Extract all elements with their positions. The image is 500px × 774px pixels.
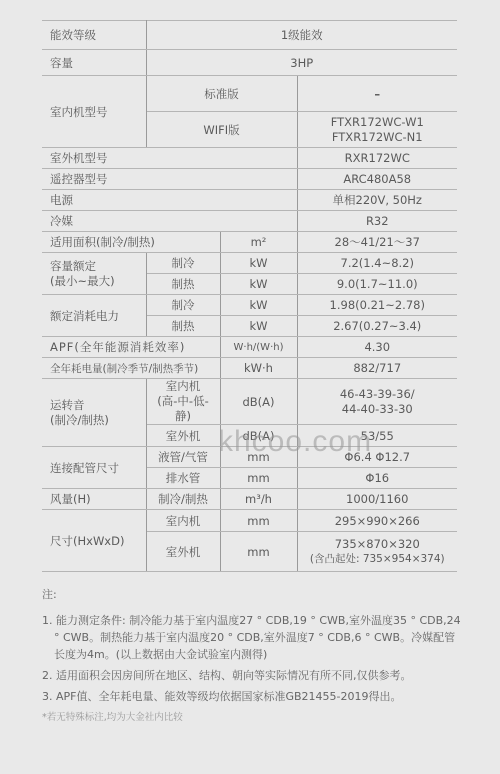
row-annual-power: 全年耗电量(制冷季节/制热季节) kW·h 882/717	[42, 358, 457, 379]
sub-label: 排水管	[146, 468, 220, 489]
value: 4.30	[297, 337, 457, 358]
value: 28～41/21～37	[297, 232, 457, 253]
row-rated-capacity-cooling: 容量额定(最小~最大) 制冷 kW 7.2(1.4~8.2)	[42, 253, 457, 274]
value-line: 46-43-39-36/	[302, 387, 454, 402]
label: APF(全年能源消耗效率)	[42, 337, 220, 358]
row-outdoor-model: 室外机型号 RXR172WC	[42, 148, 457, 169]
value: 9.0(1.7~11.0)	[297, 274, 457, 295]
row-refrigerant: 冷媒 R32	[42, 211, 457, 232]
label: 室内机型号	[42, 76, 146, 148]
row-dimensions-indoor: 尺寸(HxWxD) 室内机 mm 295×990×266	[42, 510, 457, 532]
value: –	[297, 76, 457, 112]
unit: kW	[220, 316, 297, 337]
row-area: 适用面积(制冷/制热) m² 28～41/21～37	[42, 232, 457, 253]
row-apf: APF(全年能源消耗效率) W·h/(W·h) 4.30	[42, 337, 457, 358]
value: 单相220V, 50Hz	[297, 190, 457, 211]
notes: 注: 1. 能力测定条件: 制冷能力基于室内温度27 ° CDB,19 ° CW…	[42, 586, 462, 723]
row-indoor-model-standard: 室内机型号 标准版 –	[42, 76, 457, 112]
value-line: FTXR172WC-W1	[302, 115, 454, 130]
sub-label: 液管/气管	[146, 447, 220, 468]
label: 冷媒	[42, 211, 297, 232]
unit: W·h/(W·h)	[220, 337, 297, 358]
sub-label: 室内机	[146, 510, 220, 532]
value: ARC480A58	[297, 169, 457, 190]
value-line: (含凸起处: 735×954×374)	[302, 552, 454, 567]
unit: kW	[220, 295, 297, 316]
label-line: 运转音	[50, 398, 142, 413]
sub-label: WIFI版	[146, 112, 297, 148]
sub-label: 制热	[146, 316, 220, 337]
value: 1.98(0.21~2.78)	[297, 295, 457, 316]
value: 295×990×266	[297, 510, 457, 532]
label: 容量	[42, 50, 146, 76]
row-energy-grade: 能效等级 1级能效	[42, 21, 457, 50]
label-line: 室内机	[151, 379, 216, 394]
note-item: 2. 适用面积会因房间所在地区、结构、朝向等实际情况有所不同,仅供参考。	[42, 667, 462, 684]
value-line: 735×870×320	[302, 537, 454, 552]
label: 风量(H)	[42, 489, 146, 510]
note-item: 3. APF值、全年耗电量、能效等级均依据国家标准GB21455-2019得出。	[42, 688, 462, 705]
sub-label: 室外机	[146, 532, 220, 572]
label: 全年耗电量(制冷季节/制热季节)	[42, 358, 220, 379]
label: 运转音(制冷/制热)	[42, 379, 146, 447]
sub-label: 室内机(高-中-低-静)	[146, 379, 220, 425]
label: 适用面积(制冷/制热)	[42, 232, 220, 253]
row-capacity: 容量 3HP	[42, 50, 457, 76]
unit: kW·h	[220, 358, 297, 379]
spec-table: 能效等级 1级能效 容量 3HP 室内机型号 标准版 – WIFI版 FTXR1…	[42, 20, 457, 572]
value: R32	[297, 211, 457, 232]
sub-label: 制热	[146, 274, 220, 295]
row-noise-indoor: 运转音(制冷/制热) 室内机(高-中-低-静) dB(A) 46-43-39-3…	[42, 379, 457, 425]
value: 3HP	[146, 50, 457, 76]
value: 1级能效	[146, 21, 457, 50]
unit: mm	[220, 532, 297, 572]
value-line: 44-40-33-30	[302, 402, 454, 417]
label: 遥控器型号	[42, 169, 297, 190]
sub-label: 制冷	[146, 253, 220, 274]
unit: kW	[220, 274, 297, 295]
label-line: (高-中-低-静)	[151, 394, 216, 424]
unit: kW	[220, 253, 297, 274]
value: Φ16	[297, 468, 457, 489]
label: 电源	[42, 190, 297, 211]
label-line: (制冷/制热)	[50, 413, 142, 428]
unit: mm	[220, 468, 297, 489]
sub-label: 室外机	[146, 425, 220, 447]
value: 2.67(0.27~3.4)	[297, 316, 457, 337]
label: 连接配管尺寸	[42, 447, 146, 489]
label: 容量额定(最小~最大)	[42, 253, 146, 295]
row-rated-power-cooling: 额定消耗电力 制冷 kW 1.98(0.21~2.78)	[42, 295, 457, 316]
unit: dB(A)	[220, 425, 297, 447]
value: 7.2(1.4~8.2)	[297, 253, 457, 274]
row-power: 电源 单相220V, 50Hz	[42, 190, 457, 211]
row-piping-liquid-gas: 连接配管尺寸 液管/气管 mm Φ6.4 Φ12.7	[42, 447, 457, 468]
unit: m²	[220, 232, 297, 253]
note-item: 1. 能力测定条件: 制冷能力基于室内温度27 ° CDB,19 ° CWB,室…	[42, 612, 462, 663]
row-remote-model: 遥控器型号 ARC480A58	[42, 169, 457, 190]
unit: mm	[220, 510, 297, 532]
value: 53/55	[297, 425, 457, 447]
value: FTXR172WC-W1FTXR172WC-N1	[297, 112, 457, 148]
label: 尺寸(HxWxD)	[42, 510, 146, 572]
value: Φ6.4 Φ12.7	[297, 447, 457, 468]
sub-label: 标准版	[146, 76, 297, 112]
value: RXR172WC	[297, 148, 457, 169]
footnote: *若无特殊标注,均为大金社内比较	[42, 709, 462, 723]
label: 额定消耗电力	[42, 295, 146, 337]
label: 室外机型号	[42, 148, 297, 169]
value-line: FTXR172WC-N1	[302, 130, 454, 145]
value: 1000/1160	[297, 489, 457, 510]
value: 46-43-39-36/44-40-33-30	[297, 379, 457, 425]
value: 882/717	[297, 358, 457, 379]
row-airflow: 风量(H) 制冷/制热 m³/h 1000/1160	[42, 489, 457, 510]
unit: m³/h	[220, 489, 297, 510]
unit: mm	[220, 447, 297, 468]
sub-label: 制冷/制热	[146, 489, 220, 510]
label-line: 容量额定	[50, 259, 142, 274]
label-line: (最小~最大)	[50, 274, 142, 289]
sub-label: 制冷	[146, 295, 220, 316]
label: 能效等级	[42, 21, 146, 50]
unit: dB(A)	[220, 379, 297, 425]
notes-header: 注:	[42, 586, 462, 602]
value: 735×870×320(含凸起处: 735×954×374)	[297, 532, 457, 572]
